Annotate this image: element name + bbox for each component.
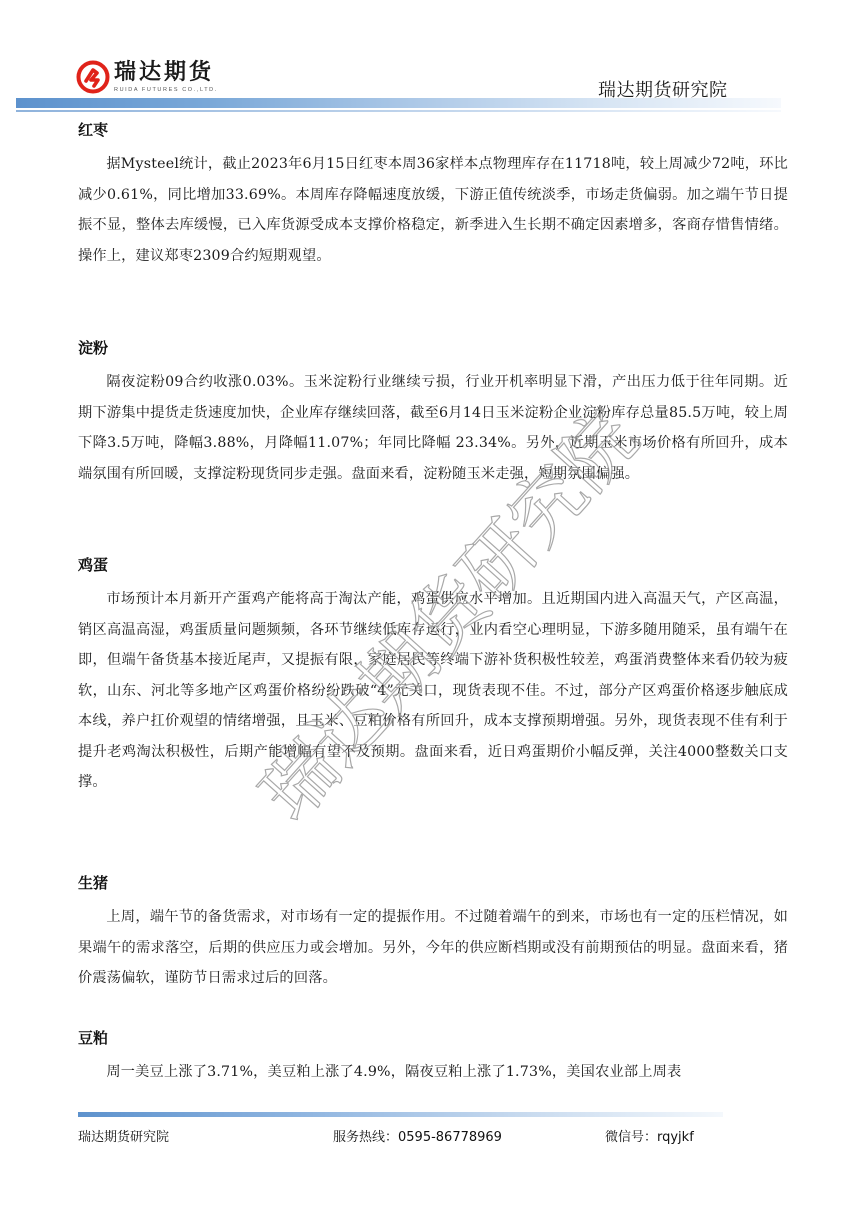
section-title: 生猪 [78,871,788,895]
section-title: 淀粉 [78,336,788,360]
section-body: 市场预计本月新开产蛋鸡产能将高于淘汰产能，鸡蛋供应水平增加。且近期国内进入高温天… [78,584,788,798]
section-body: 据Mysteel统计，截止2023年6月15日红枣本周36家样本点物理库存在11… [78,149,788,271]
section-body: 上周，端午节的备货需求，对市场有一定的提振作用。不过随着端午的到来，市场也有一定… [78,902,788,994]
section-title: 鸡蛋 [78,553,788,577]
section-body: 周一美豆上涨了3.71%，美豆粕上涨了4.9%，隔夜豆粕上涨了1.73%，美国农… [78,1057,681,1088]
section-body: 隔夜淀粉09合约收涨0.03%。玉米淀粉行业继续亏损，行业开机率明显下滑，产出压… [78,367,788,489]
logo-english-name: RUIDA FUTURES CO.,LTD. [114,87,218,94]
section-starch: 淀粉 隔夜淀粉09合约收涨0.03%。玉米淀粉行业继续亏损，行业开机率明显下滑，… [78,336,788,489]
ruida-logo-icon [76,60,110,94]
footer-wechat-id: 微信号：rqyjkf [605,1126,694,1145]
section-title: 豆粕 [78,1026,681,1050]
company-logo: 瑞达期货 RUIDA FUTURES CO.,LTD. [76,60,218,94]
section-eggs: 鸡蛋 市场预计本月新开产蛋鸡产能将高于淘汰产能，鸡蛋供应水平增加。且近期国内进入… [78,553,788,798]
section-red-dates: 红枣 据Mysteel统计，截止2023年6月15日红枣本周36家样本点物理库存… [78,118,788,271]
section-soybean-meal: 豆粕 周一美豆上涨了3.71%，美豆粕上涨了4.9%，隔夜豆粕上涨了1.73%，… [78,1026,681,1088]
page-header: 瑞达期货 RUIDA FUTURES CO.,LTD. 瑞达期货研究院 [0,0,860,118]
section-title: 红枣 [78,118,788,142]
footer-hotline: 服务热线：0595-86778969 [333,1126,502,1145]
header-divider-line [16,110,781,112]
section-live-hogs: 生猪 上周，端午节的备货需求，对市场有一定的提振作用。不过随着端午的到来，市场也… [78,871,788,994]
footer-divider-band [78,1112,723,1117]
page-footer: 瑞达期货研究院 服务热线：0595-86778969 微信号：rqyjkf [78,1126,778,1146]
footer-organization: 瑞达期货研究院 [78,1126,169,1145]
header-divider-band [16,98,781,108]
logo-chinese-name: 瑞达期货 [114,60,218,86]
